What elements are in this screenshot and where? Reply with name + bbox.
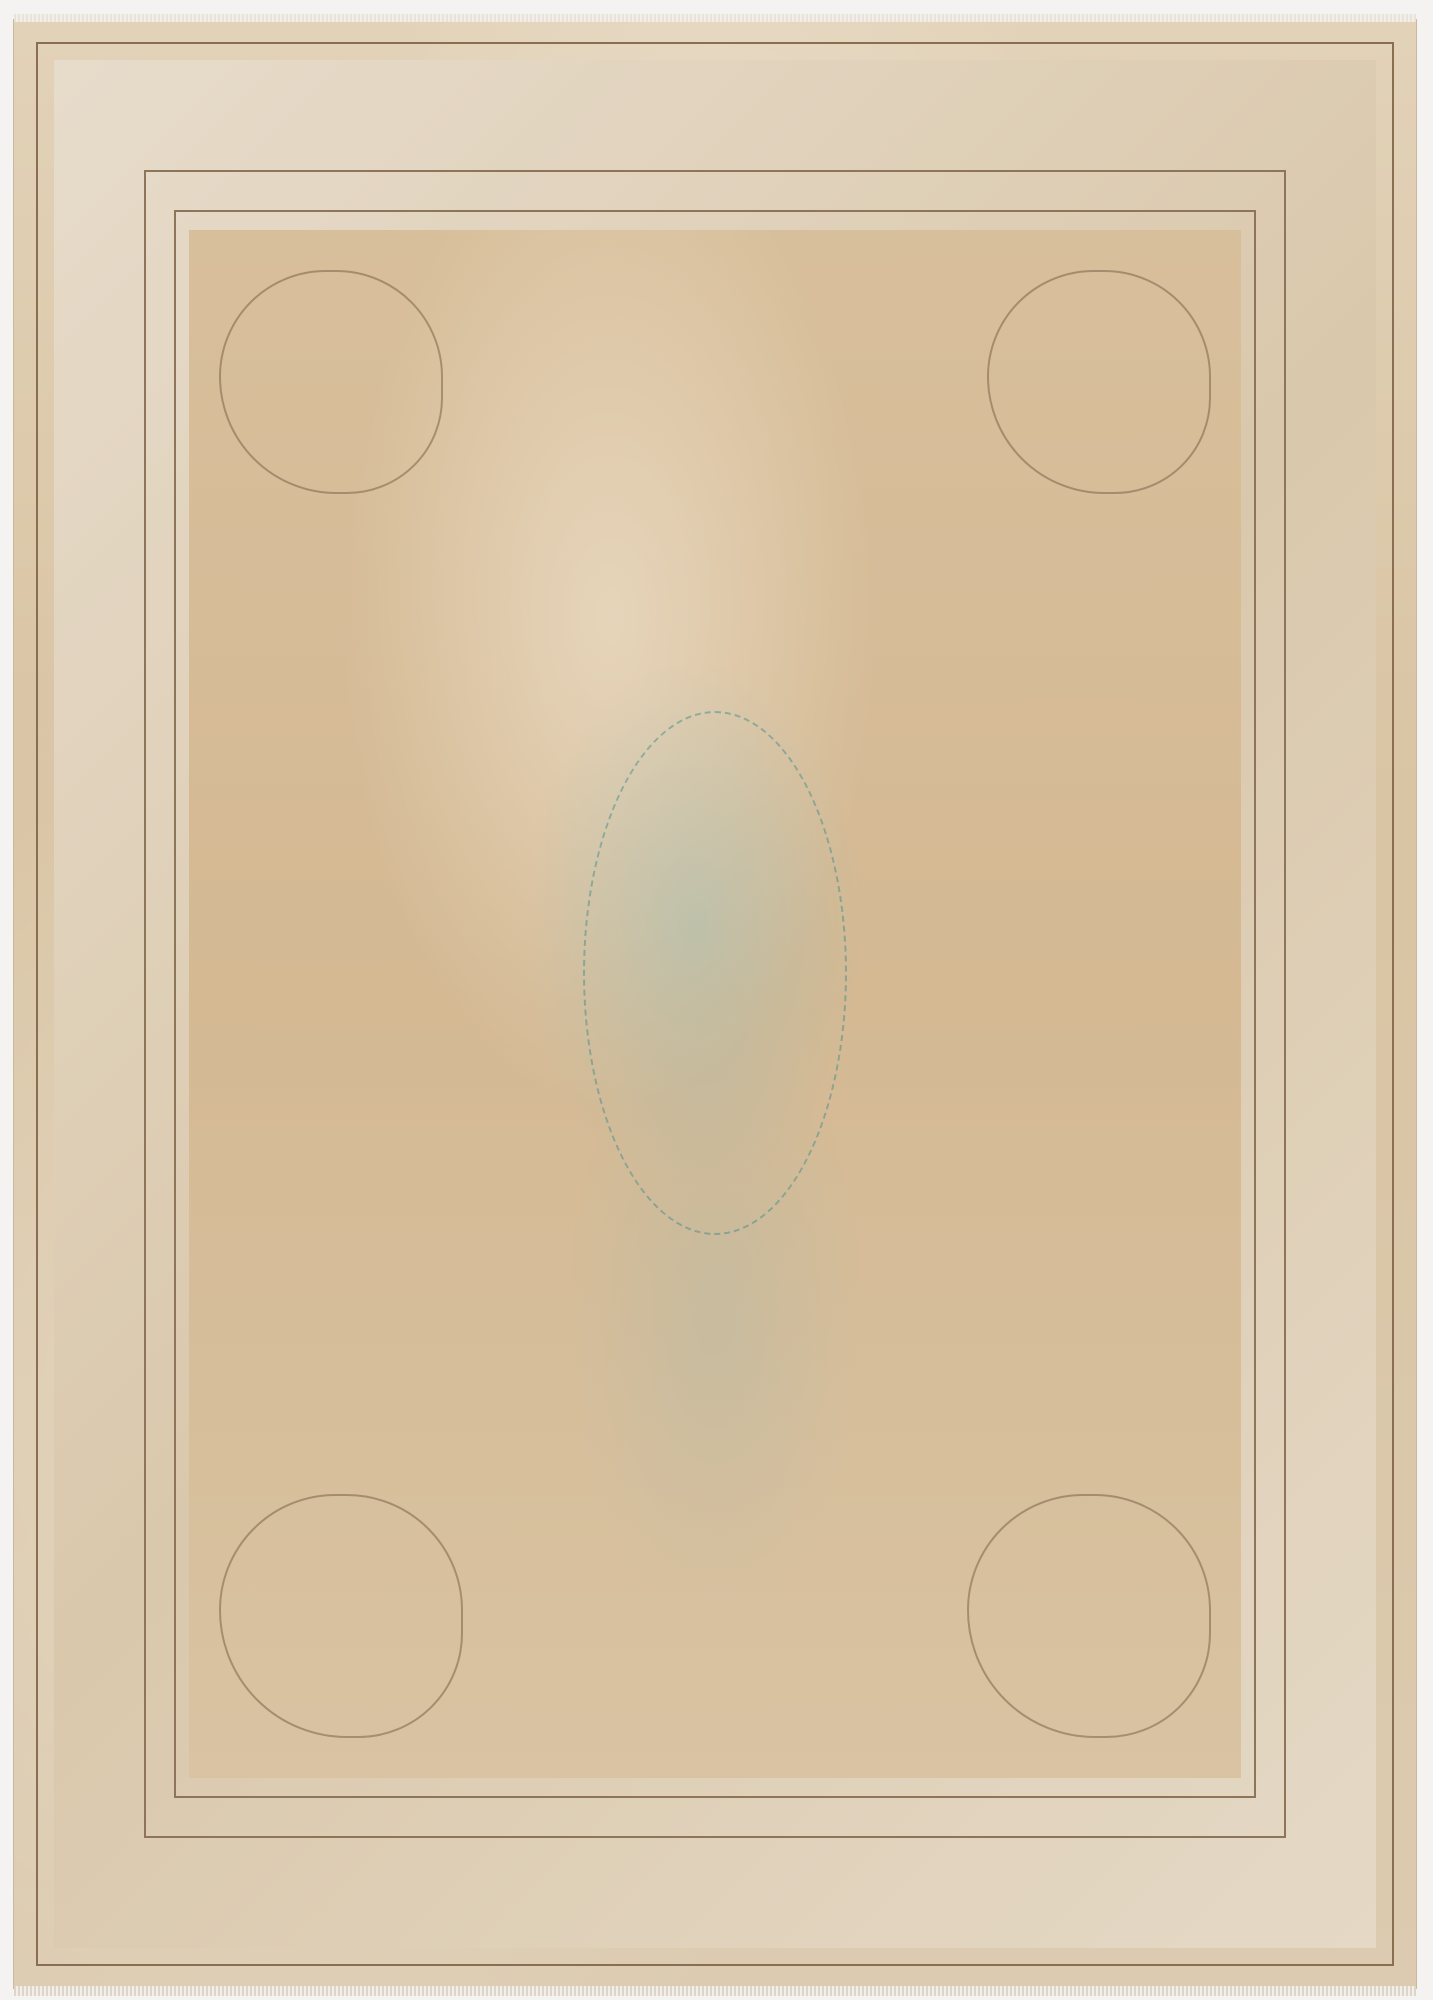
rug <box>14 20 1416 1988</box>
corner-scroll-top-left <box>219 270 443 494</box>
top-fringe <box>14 14 1416 22</box>
bottom-fringe <box>14 1986 1416 1996</box>
central-field <box>189 230 1241 1778</box>
corner-scroll-top-right <box>987 270 1211 494</box>
corner-scroll-bottom-left <box>219 1494 463 1738</box>
corner-scroll-bottom-right <box>967 1494 1211 1738</box>
central-medallion <box>583 711 847 1235</box>
